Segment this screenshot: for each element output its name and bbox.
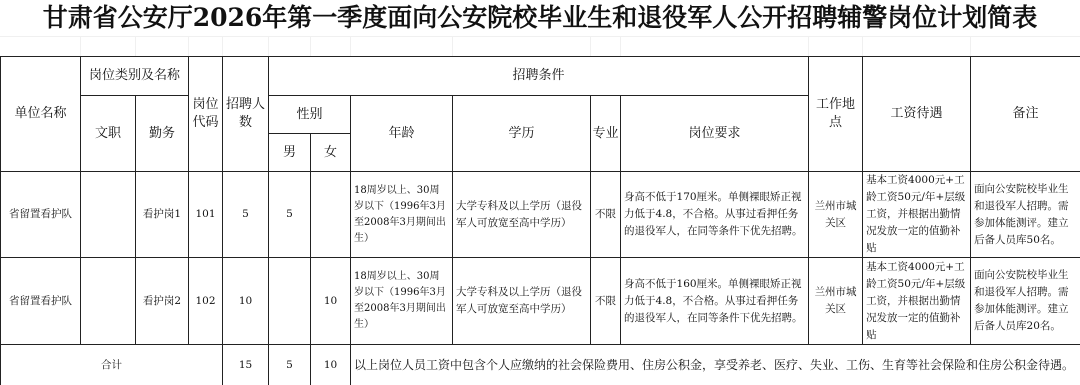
total-female: 10 [311,345,351,385]
cell-age: 18周岁以上、30周岁以下（1996年3月至2008年3月期间出生） [351,172,453,258]
header-position-code: 岗位代码 [189,57,223,172]
recruitment-plan-table: 单位名称 岗位类别及名称 岗位代码 招聘人数 招聘条件 工作地点 工资待遇 备注… [0,56,1080,385]
cell-location: 兰州市城关区 [809,258,863,345]
header-requirements: 岗位要求 [621,96,809,172]
cell-code: 101 [189,172,223,258]
cell-location: 兰州市城关区 [809,172,863,258]
header-female: 女 [311,134,351,172]
cell-count: 5 [223,172,269,258]
cell-female: 10 [311,258,351,345]
header-conditions: 招聘条件 [269,57,809,96]
total-row: 合计 15 5 10 以上岗位人员工资中包含个人应缴纳的社会保险费用、住房公积金… [1,345,1080,385]
total-label: 合计 [1,345,223,385]
cell-male [269,258,311,345]
header-unit-name: 单位名称 [1,57,81,172]
cell-education: 大学专科及以上学历（退役军人可放宽至高中学历） [453,258,591,345]
header-remarks: 备注 [971,57,1080,172]
cell-salary: 基本工资4000元+工龄工资50元/年+层级工资，并根据出勤情况发放一定的值勤补… [863,258,971,345]
spacer-row [0,36,1080,57]
header-clerical: 文职 [81,96,136,172]
cell-remarks: 面向公安院校毕业生和退役军人招聘。需参加体能测评。建立后备人员库20名。 [971,258,1080,345]
cell-salary: 基本工资4000元+工龄工资50元/年+层级工资，并根据出勤情况发放一定的值勤补… [863,172,971,258]
header-age: 年龄 [351,96,453,172]
cell-requirements: 身高不低于170厘米。单侧裸眼矫正视力低于4.8，不合格。从事过看押任务的退役军… [621,172,809,258]
header-duty: 勤务 [136,96,189,172]
header-education: 学历 [453,96,591,172]
cell-unit: 省留置看护队 [1,172,81,258]
cell-duty: 看护岗2 [136,258,189,345]
total-male: 5 [269,345,311,385]
cell-requirements: 身高不低于160厘米。单侧裸眼矫正视力低于4.8，不合格。从事过看押任务的退役军… [621,258,809,345]
cell-education: 大学专科及以上学历（退役军人可放宽至高中学历） [453,172,591,258]
table-row: 省留置看护队 看护岗2 102 10 10 18周岁以上、30周岁以下（1996… [1,258,1080,345]
table-row: 省留置看护队 看护岗1 101 5 5 18周岁以上、30周岁以下（1996年3… [1,172,1080,258]
header-location: 工作地点 [809,57,863,172]
page-title: 甘肃省公安厅2026年第一季度面向公安院校毕业生和退役军人公开招聘辅警岗位计划简… [0,0,1080,35]
header-male: 男 [269,134,311,172]
cell-age: 18周岁以上、30周岁以下（1996年3月至2008年3月期间出生） [351,258,453,345]
header-position-category: 岗位类别及名称 [81,57,189,96]
cell-female [311,172,351,258]
header-salary: 工资待遇 [863,57,971,172]
cell-count: 10 [223,258,269,345]
cell-unit: 省留置看护队 [1,258,81,345]
header-gender: 性别 [269,96,351,134]
total-count: 15 [223,345,269,385]
cell-major: 不限 [591,258,621,345]
cell-major: 不限 [591,172,621,258]
header-recruit-count: 招聘人数 [223,57,269,172]
cell-male: 5 [269,172,311,258]
cell-clerical [81,258,136,345]
cell-code: 102 [189,258,223,345]
total-note: 以上岗位人员工资中包含个人应缴纳的社会保险费用、住房公积金，享受养老、医疗、失业… [351,345,1080,385]
header-major: 专业 [591,96,621,172]
cell-remarks: 面向公安院校毕业生和退役军人招聘。需参加体能测评。建立后备人员库50名。 [971,172,1080,258]
cell-clerical [81,172,136,258]
cell-duty: 看护岗1 [136,172,189,258]
